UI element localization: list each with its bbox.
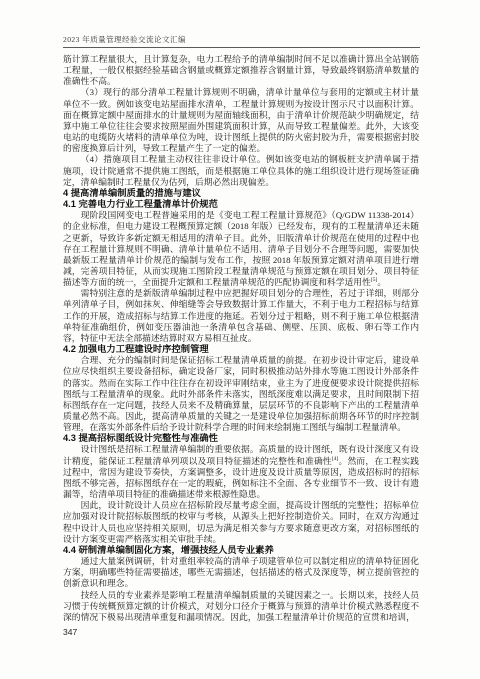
running-header: 2023 年质量管理经验交流论文汇编: [63, 34, 419, 45]
paragraph-continued-block: 筋计算工程量很大，且计算复杂，电力工程给予的清单编制时间不足以准确计算出全站钢筋…: [63, 54, 419, 87]
paragraph-block: 通过大量案例调研，针对重组率较高的清单子项建管单位可以制定相应的清单特征固化方案…: [63, 556, 419, 589]
page-number: 347: [63, 627, 77, 637]
content-area: 筋计算工程量很大，且计算复杂，电力工程给予的清单编制时间不足以准确计算出全站钢筋…: [63, 54, 419, 623]
reference-marker: [5]: [371, 277, 377, 283]
paragraph-block: 合理、充分的编制时间是保证招标工程量清单质量的前提。在初步设计审定后，建设单位应…: [63, 355, 419, 433]
paragraph-block: （3）现行的部分清单工程量计算规则不明确，清单计量单位与套用的定额或主材计量单位…: [63, 87, 419, 154]
heading-1-block: 4 提高清单编制质量的措施与建议: [63, 188, 419, 199]
heading-2-block: 4.4 研制清单编制固化方案，增强技经人员专业素养: [63, 545, 419, 556]
paragraph-block: （4）措施项目工程量主动权往往非设计单位。例如该变电站的钢板桩支护清单属于措施项…: [63, 154, 419, 187]
heading-2-block: 4.1 完善电力行业工程量清单计价规范: [63, 199, 419, 210]
reference-marker: [4]: [332, 456, 338, 462]
paragraph-block: 设计图纸是招标工程量清单编制的重要依据。高质量的设计图纸，既有设计深度又有设计精…: [63, 444, 419, 500]
heading-2-block: 4.3 提高招标图纸设计完整性与准确性: [63, 433, 419, 444]
paragraph-block: 因此，设计院设计人员应在招标阶段尽量考虑全面，提高设计图纸的完整性；招标单位应加…: [63, 500, 419, 545]
header-rule: [63, 47, 420, 48]
document-page: 2023 年质量管理经验交流论文汇编 筋计算工程量很大，且计算复杂，电力工程给予…: [0, 0, 480, 679]
paragraph-block: 技经人员的专业素养是影响工程量清单编制质量的关键因素之一。长期以来，技经人员习惯…: [63, 590, 419, 623]
paragraph-block: 现阶段国网变电工程普遍采用的是《变电工程工程量计算规范》（Q/GDW 11338…: [63, 210, 419, 288]
heading-2-block: 4.2 加强电力工程建设时序控制管理: [63, 344, 419, 355]
paragraph-block: 需特别注意的是新版清单编制过程中应把握好项目划分的合理性，若过于详细，则部分单列…: [63, 288, 419, 344]
